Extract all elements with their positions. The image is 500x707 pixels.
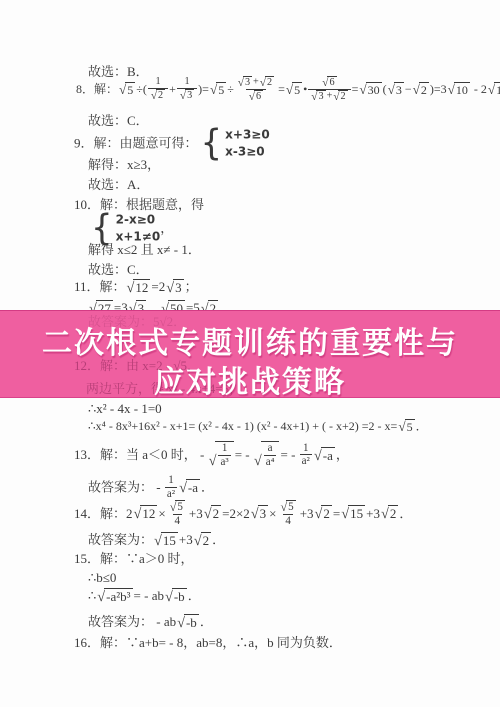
brace-symbol: { <box>201 126 223 160</box>
math-text: ( <box>383 82 387 96</box>
radicand: 5 <box>175 500 185 514</box>
math-text: ∴ <box>88 588 96 603</box>
math-text: +3 <box>300 506 314 521</box>
radicand: 6 <box>254 90 263 103</box>
math-text: 16．解：∵a+b= - 8，ab=8，∴a，b 同为负数． <box>74 635 342 650</box>
radicand: 2 <box>265 76 274 89</box>
math-text: 11．解： <box>74 279 126 294</box>
radical: √5 <box>281 500 296 514</box>
math-text: 2 <box>390 506 397 522</box>
denominator: √2 <box>148 88 168 102</box>
math-text: = <box>278 82 285 96</box>
math-text: • <box>303 82 307 96</box>
math-text: a³ <box>220 456 228 468</box>
radicand: 3 <box>316 90 325 103</box>
system-rows: 2-x≥0x+1≠0 <box>116 212 161 243</box>
denominator: √3 <box>177 88 197 102</box>
math-text: 5 <box>288 501 294 514</box>
numerator: 1 <box>153 76 162 88</box>
numerator: 1 <box>220 442 230 455</box>
math-text: a² <box>167 488 175 500</box>
equation-system: {2-x≥0x+1≠0 <box>91 212 160 244</box>
radicand: -b <box>184 614 199 631</box>
math-text: × <box>158 506 165 521</box>
math-text: 3 <box>175 280 182 296</box>
denominator: a⁴ <box>264 455 277 469</box>
math-text: = <box>333 506 340 521</box>
math-text: 2 <box>158 90 163 102</box>
solution-line-choice-9: 故选：A． <box>88 176 149 193</box>
math-text: ÷( <box>136 82 147 96</box>
math-text: ． <box>416 419 428 433</box>
radicand: 5 <box>292 82 302 97</box>
denominator: a³ <box>218 455 230 469</box>
radicand: 30 <box>366 82 382 97</box>
math-text: a⁴ <box>266 456 275 468</box>
solution-line-12c: ∴x² - 4x - 1=0 <box>88 400 162 417</box>
solution-line-13: 13．解：当 a＜0 时， - √1a³= - √aa⁴= - 1a²√-a， <box>74 441 349 469</box>
math-text: 1 <box>184 76 189 87</box>
fraction: √54 <box>278 500 299 528</box>
radical: √2 <box>381 505 398 522</box>
solution-line-8: 8．解：√5÷(1√2+1√3)=√5÷√3+√2√6=√5•√6√3+√2=√… <box>76 76 500 102</box>
banner-title-line2: 应对挑战策略 <box>0 357 500 401</box>
math-text: 故选：A． <box>88 177 149 192</box>
math-text: 3 <box>260 506 267 522</box>
fraction: √6√3+√2 <box>308 76 350 102</box>
radicand: aa⁴ <box>261 441 280 469</box>
radical: √3 <box>388 82 404 97</box>
radicand: -b <box>172 588 187 605</box>
solution-line-15b: ∴b≤0 <box>88 569 116 586</box>
math-text: + <box>327 90 333 101</box>
radical: √3 <box>166 279 183 296</box>
radical: √-b <box>177 614 199 631</box>
denominator: √3+√2 <box>308 89 350 103</box>
radical: √5 <box>119 82 135 97</box>
math-text: 故选：C． <box>88 262 149 277</box>
math-text: -a <box>188 480 198 496</box>
math-text: 13．解：当 a＜0 时， - <box>74 447 208 462</box>
fraction: √3+√2√6 <box>235 76 277 102</box>
radicand: 2 <box>201 532 212 549</box>
solution-line-15c: ∴√-a²b³= - ab√-b． <box>88 587 201 604</box>
solution-line-15: 15．解：∵a＞0 时， <box>74 550 194 567</box>
math-text: 1 <box>155 76 160 87</box>
radicand: 12 <box>140 505 157 522</box>
math-text: 5 <box>218 83 224 97</box>
solution-line-14-answer: 故答案为：√15+3√2． <box>88 531 225 548</box>
math-text: = - <box>280 447 298 462</box>
radicand: 5 <box>216 82 226 97</box>
radical: √-a <box>314 447 335 464</box>
solution-line-11: 11．解：√12=2√3； <box>74 278 198 295</box>
banner-title-line1: 二次根式专题训练的重要性与 <box>0 318 500 362</box>
fraction: 1a³ <box>218 442 230 469</box>
radicand: 3 <box>185 89 194 102</box>
radicand: 3 <box>243 76 252 89</box>
equation-system: {x+3≥0x-3≥0 <box>201 127 270 159</box>
radicand: 2 <box>321 505 332 522</box>
radical: √5 <box>286 82 302 97</box>
math-text: ∴x⁴ - 8x³+16x² - x+1= (x² - 4x - 1) (x² … <box>88 419 397 433</box>
math-text: 2 <box>340 91 345 103</box>
math-text: 解得：x≥3， <box>88 157 160 172</box>
math-text: 故答案为： - <box>88 480 164 495</box>
radical: √2 <box>333 90 347 103</box>
math-text: 2 <box>203 533 210 549</box>
math-text: 15 <box>163 533 176 549</box>
radical: √10 <box>448 82 470 97</box>
fraction: aa⁴ <box>264 442 277 469</box>
math-text: 10 <box>456 83 468 97</box>
denominator: √6 <box>246 89 266 103</box>
math-text: 2 <box>213 506 220 522</box>
math-text: 8．解： <box>76 82 118 96</box>
radical: √-a²b³ <box>97 588 132 605</box>
radicand: 6 <box>327 76 336 89</box>
numerator: √5 <box>167 500 188 514</box>
math-text: − <box>405 82 412 96</box>
numerator: √3+√2 <box>235 76 277 89</box>
math-text: +3 <box>366 506 380 521</box>
math-text: ∴b≤0 <box>88 570 116 585</box>
system-row: x-3≥0 <box>225 144 270 159</box>
radicand: 2 <box>211 505 222 522</box>
solution-line-15-answer: 故答案为： - ab√-b． <box>88 613 213 630</box>
math-text: =2 <box>151 279 165 294</box>
math-text: 12 <box>135 280 148 296</box>
math-text: 6 <box>256 91 261 103</box>
fraction: 1√3 <box>177 76 197 102</box>
math-text: 2 <box>323 506 330 522</box>
solution-line-9-result: 解得：x≥3， <box>88 156 160 173</box>
math-text: × <box>269 506 276 521</box>
radical: √2 <box>315 505 332 522</box>
radicand: -a²b³ <box>104 588 132 605</box>
radical: √3 <box>180 89 194 102</box>
numerator: √6 <box>319 76 339 89</box>
math-text: 6 <box>329 77 334 89</box>
math-text: )= <box>198 82 209 96</box>
radicand: 2 <box>156 89 165 102</box>
solution-line-14: 14．解：2√12×√54+3√2=2×2√3×√54+3√2=√15+3√2． <box>74 500 412 528</box>
math-text: 3 <box>245 77 250 89</box>
radicand: 3 <box>258 505 269 522</box>
math-text: 1 <box>222 442 228 454</box>
radicand: 5 <box>286 500 296 514</box>
radical: √5 <box>170 500 185 514</box>
math-text: ， <box>160 220 173 235</box>
denominator: 4 <box>283 514 293 528</box>
radical: √2 <box>204 505 221 522</box>
radical: √-b <box>165 588 187 605</box>
math-text: 2 <box>421 83 427 97</box>
numerator: 1 <box>301 442 311 455</box>
math-text: 3 <box>396 83 402 97</box>
fraction: 1√2 <box>148 76 168 102</box>
radical: √6 <box>322 76 336 89</box>
radical: √12 <box>127 279 151 296</box>
radicand: 15 <box>348 505 365 522</box>
math-text: 15．解：∵a＞0 时， <box>74 551 194 566</box>
radical: √12 <box>134 505 158 522</box>
math-text: )=3 <box>430 82 447 96</box>
math-text: 3 <box>187 90 192 102</box>
math-text: - 2 <box>471 82 487 96</box>
math-text: +3 <box>179 532 193 547</box>
math-text: x+3≥0 <box>225 128 270 142</box>
math-text: 15 <box>350 506 363 522</box>
math-text: + <box>169 82 176 96</box>
solution-line-10-result: 解得 x≤2 且 x≠ - 1． <box>88 241 201 258</box>
radical: √2 <box>151 89 165 102</box>
radicand: 2 <box>388 505 399 522</box>
math-text: 12 <box>142 506 155 522</box>
solution-line-10-system: {2-x≥0x+1≠0， <box>88 212 173 244</box>
radical: √2 <box>194 532 211 549</box>
math-text: a² <box>302 455 310 467</box>
denominator: a² <box>165 487 177 501</box>
math-text: =2×2 <box>222 506 250 521</box>
radical: √2 <box>260 76 274 89</box>
math-text: -b <box>174 589 185 605</box>
radicand: -a <box>321 447 335 464</box>
math-text: -a <box>323 448 333 464</box>
math-text: -b <box>186 615 197 631</box>
math-text: a <box>268 442 273 454</box>
solution-line-16: 16．解：∵a+b= - 8，ab=8，∴a，b 同为负数． <box>74 634 342 651</box>
radical: √-a <box>179 479 200 496</box>
math-text: = - <box>235 447 253 462</box>
math-text: ． <box>188 588 201 603</box>
radical: √2 <box>413 82 429 97</box>
math-text: 30 <box>368 83 380 97</box>
radical: √15 <box>154 532 178 549</box>
math-text: 1 <box>303 442 309 454</box>
radicand: 1a³ <box>215 441 233 469</box>
math-text: 5 <box>127 83 133 97</box>
numerator: 1 <box>166 474 176 487</box>
math-text: 5 <box>177 501 183 514</box>
radicand: 5 <box>405 419 415 434</box>
radical: √15 <box>341 505 365 522</box>
radical: √aa⁴ <box>254 441 280 469</box>
math-text: 15 <box>496 83 500 97</box>
math-text: 故答案为： - ab <box>88 614 176 629</box>
solution-line-13-answer: 故答案为： - 1a²√-a． <box>88 474 214 501</box>
math-text: 故答案为： <box>88 532 153 547</box>
math-text: x-3≥0 <box>225 144 264 158</box>
radical: √6 <box>249 90 263 103</box>
radicand: 15 <box>494 82 500 97</box>
math-text: 故选：C． <box>88 113 149 128</box>
radicand: 3 <box>394 82 404 97</box>
radical: √3 <box>238 76 252 89</box>
numerator: 1 <box>182 76 191 88</box>
radicand: 2 <box>338 90 347 103</box>
fraction: √54 <box>167 500 188 528</box>
math-text: 解得 x≤2 且 x≠ - 1． <box>88 242 201 257</box>
radicand: 2 <box>419 82 429 97</box>
solution-line-12d: ∴x⁴ - 8x³+16x² - x+1= (x² - 4x - 1) (x² … <box>88 418 428 434</box>
radical: √3 <box>311 90 325 103</box>
math-text: 4 <box>285 515 291 527</box>
radical: √1a³ <box>209 441 234 469</box>
math-text: 3 <box>318 91 323 103</box>
math-text: 5 <box>407 420 413 434</box>
math-text: 2 <box>267 77 272 89</box>
system-row: 2-x≥0 <box>116 212 161 227</box>
radicand: 12 <box>133 279 150 296</box>
math-text: 4 <box>175 515 181 527</box>
numerator: √5 <box>278 500 299 514</box>
math-text: 1 <box>168 474 174 486</box>
radicand: 3 <box>173 279 184 296</box>
system-rows: x+3≥0x-3≥0 <box>225 127 270 158</box>
math-text: +3 <box>189 506 203 521</box>
solution-line-choice-10: 故选：C． <box>88 261 149 278</box>
radicand: 15 <box>161 532 178 549</box>
math-text: 5 <box>294 83 300 97</box>
math-text: ． <box>201 480 214 495</box>
math-text: ÷ <box>227 82 234 96</box>
radical: √3 <box>251 505 268 522</box>
numerator: a <box>266 442 275 455</box>
math-text: ∴x² - 4x - 1=0 <box>88 401 162 416</box>
radical: √5 <box>210 82 226 97</box>
math-text: = - ab <box>134 588 164 603</box>
radicand: 5 <box>125 82 135 97</box>
fraction: 1a² <box>165 474 177 501</box>
radical: √15 <box>488 82 500 97</box>
denominator: 4 <box>173 514 183 528</box>
math-text: 2-x≥0 <box>116 213 155 227</box>
math-text: 9．解：由题意可得： <box>74 135 198 150</box>
promo-banner[interactable]: 故答案为：5√2． 12．解：由 x=2 - √5， 两边平方，得 x² - 4… <box>0 310 500 398</box>
math-text: + <box>253 77 259 88</box>
math-text: 14．解：2 <box>74 506 133 521</box>
math-text: ． <box>399 506 412 521</box>
math-text: ． <box>200 614 213 629</box>
math-text: = <box>352 82 359 96</box>
math-text: ； <box>185 279 198 294</box>
radicand: 10 <box>454 82 470 97</box>
radical: √30 <box>359 82 381 97</box>
denominator: a² <box>300 454 312 468</box>
math-text: ． <box>212 532 225 547</box>
document-page: 故选：B． 8．解：√5÷(1√2+1√3)=√5÷√3+√2√6=√5•√6√… <box>0 0 500 707</box>
math-text: ， <box>336 447 349 462</box>
radical: √5 <box>398 419 414 434</box>
radicand: -a <box>186 479 200 496</box>
math-text: -a²b³ <box>106 589 130 605</box>
system-row: x+3≥0 <box>225 127 270 142</box>
solution-line-9: 9．解：由题意可得：{x+3≥0x-3≥0 <box>74 127 270 159</box>
fraction: 1a² <box>300 442 312 469</box>
